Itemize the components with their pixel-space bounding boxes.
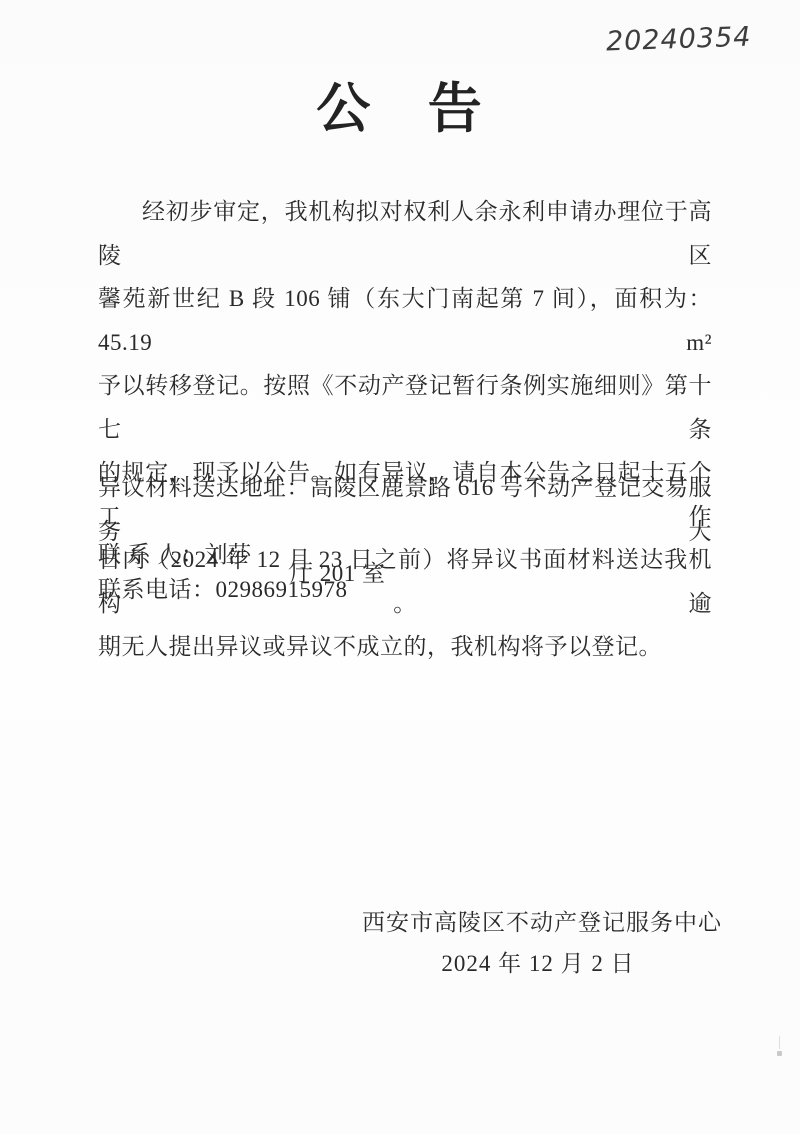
issue-date: 2024 年 12 月 2 日 — [138, 943, 800, 984]
body-line: 馨苑新世纪 B 段 106 铺（东大门南起第 7 间），面积为：45.19 m² — [98, 277, 712, 364]
body-line: 予以转移登记。按照《不动产登记暂行条例实施细则》第十七条 — [98, 364, 712, 451]
contact-person: 联 系 人：刘莎 — [98, 538, 712, 573]
page-title: 公 告 — [0, 66, 800, 143]
contact-phone: 联系电话：02986915978 — [98, 573, 712, 608]
body-line: 期无人提出异议或异议不成立的，我机构将予以登记。 — [98, 625, 712, 669]
body-line: 经初步审定，我机构拟对权利人余永利申请办理位于高陵区 — [98, 190, 712, 277]
issuing-organization: 西安市高陵区不动产登记服务中心 — [142, 902, 800, 943]
handwritten-file-number: 20240354 — [606, 21, 752, 57]
signature-block: 西安市高陵区不动产登记服务中心 2024 年 12 月 2 日 — [0, 902, 800, 984]
scan-artifact — [777, 1051, 782, 1056]
scan-artifact — [779, 1036, 780, 1049]
contact-block: 联 系 人：刘莎 联系电话：02986915978 — [98, 538, 712, 607]
scanned-announcement-page: 20240354 公 告 经初步审定，我机构拟对权利人余永利申请办理位于高陵区 … — [0, 0, 800, 1134]
